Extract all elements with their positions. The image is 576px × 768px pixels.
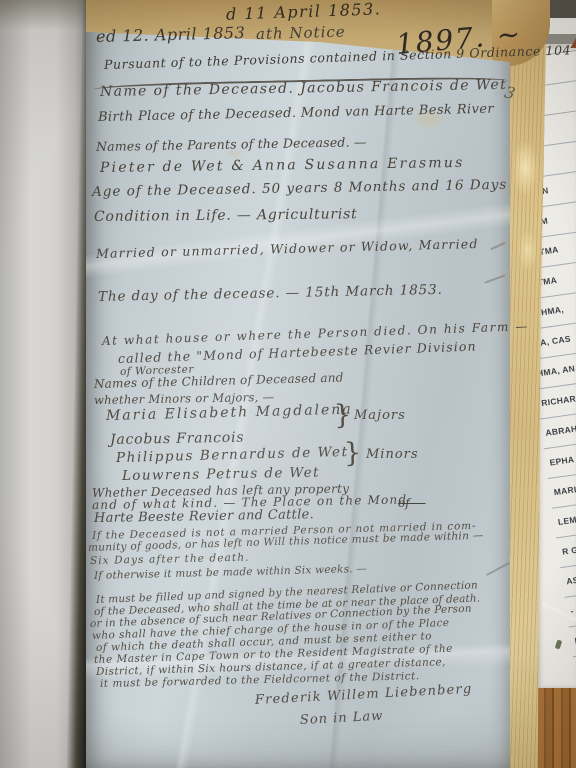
photograph-of-death-notice: ription23 - 1859- 1861 -1865 - B74 - BÖ7… — [0, 0, 576, 768]
filed-annotation-behind: d 11 April 1853. — [226, 0, 382, 24]
death-notice-page — [86, 0, 510, 768]
